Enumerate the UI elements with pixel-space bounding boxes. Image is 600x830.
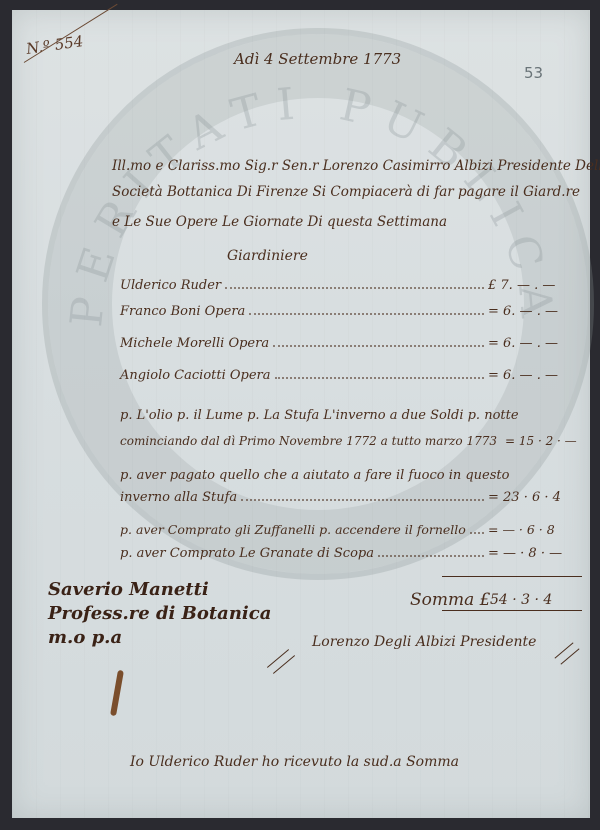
pen-stroke-mark xyxy=(110,670,124,716)
dot-leader xyxy=(470,532,484,534)
dot-leader xyxy=(241,499,484,501)
entry-amount: £ 7. — . — xyxy=(488,278,592,293)
total-rule-bottom xyxy=(442,610,582,611)
ledger-entry: p. aver Comprato gli Zuffanelli p. accen… xyxy=(120,522,592,542)
salutation-line-1: Ill.mo e Clariss.mo Sig.r Sen.r Lorenzo … xyxy=(112,158,600,174)
signature-flourish-left xyxy=(267,649,289,668)
oil-lamp-entry-line-1: p. L'olio p. il Lume p. La Stufa L'inver… xyxy=(120,408,519,423)
total-rule-top xyxy=(442,576,582,577)
page-number: 53 xyxy=(524,64,543,82)
entry-label: Ulderico Ruder xyxy=(120,278,221,293)
dot-leader xyxy=(249,313,484,315)
entry-label: Angiolo Caciotti Opera xyxy=(120,368,271,383)
archive-slash-mark xyxy=(24,4,118,63)
ledger-entry: inverno alla Stufa = 23 · 6 · 4 xyxy=(120,490,592,510)
ledger-entry: p. aver Comprato Le Granate di Scopa = —… xyxy=(120,546,592,566)
watermark-seal-text: PERITATI PUBLICA ... AUC xyxy=(42,28,582,568)
manuscript-page: PERITATI PUBLICA ... AUC N.º 554 Adì 4 S… xyxy=(12,10,590,818)
entry-amount: = — · 8 · — xyxy=(488,546,592,561)
entry-amount: = 6. — . — xyxy=(488,368,592,383)
entry-label: inverno alla Stufa xyxy=(120,490,237,505)
entry-amount: = 6. — . — xyxy=(488,304,592,319)
dot-leader xyxy=(225,287,484,289)
margin-note-professor: Saverio Manetti Profess.re di Botanica m… xyxy=(48,578,271,650)
entry-label: p. aver Comprato Le Granate di Scopa xyxy=(120,546,374,561)
president-signature: Lorenzo Degli Albizi Presidente xyxy=(312,634,536,650)
entry-amount: = — · 6 · 8 xyxy=(488,522,592,537)
entry-label: Franco Boni Opera xyxy=(120,304,245,319)
salutation-line-2: Società Bottanica Di Firenze Si Compiace… xyxy=(112,184,580,200)
entry-amount: = 23 · 6 · 4 xyxy=(488,490,592,505)
dot-leader xyxy=(378,555,484,557)
total-value: 54 · 3 · 4 xyxy=(490,592,552,608)
entry-label: Michele Morelli Opera xyxy=(120,336,269,351)
date-line: Adì 4 Settembre 1773 xyxy=(234,50,401,68)
ledger-entry: Ulderico Ruder £ 7. — . — xyxy=(120,278,592,298)
dot-leader xyxy=(275,377,484,379)
entry-label: cominciando dal dì Primo Novembre 1772 a… xyxy=(120,434,497,448)
entry-amount: = 6. — . — xyxy=(488,336,592,351)
entry-amount: = 15 · 2 · — xyxy=(505,434,592,448)
section-heading: Giardiniere xyxy=(227,248,308,264)
ledger-entry: Michele Morelli Opera = 6. — . — xyxy=(120,336,592,356)
ledger-entry: cominciando dal dì Primo Novembre 1772 a… xyxy=(120,434,592,454)
receipt-line: Io Ulderico Ruder ho ricevuto la sud.a S… xyxy=(130,754,459,770)
ledger-entry: Franco Boni Opera = 6. — . — xyxy=(120,304,592,324)
entry-label: p. aver Comprato gli Zuffanelli p. accen… xyxy=(120,522,466,537)
total-label: Somma £ xyxy=(410,590,490,610)
salutation-line-3: e Le Sue Opere Le Giornate Di questa Set… xyxy=(112,214,447,230)
dot-leader xyxy=(273,345,484,347)
archive-number: N.º 554 xyxy=(25,32,84,58)
ledger-entry: Angiolo Caciotti Opera = 6. — . — xyxy=(120,368,592,388)
stove-entry-line-1: p. aver pagato quello che a aiutato a fa… xyxy=(120,468,509,483)
